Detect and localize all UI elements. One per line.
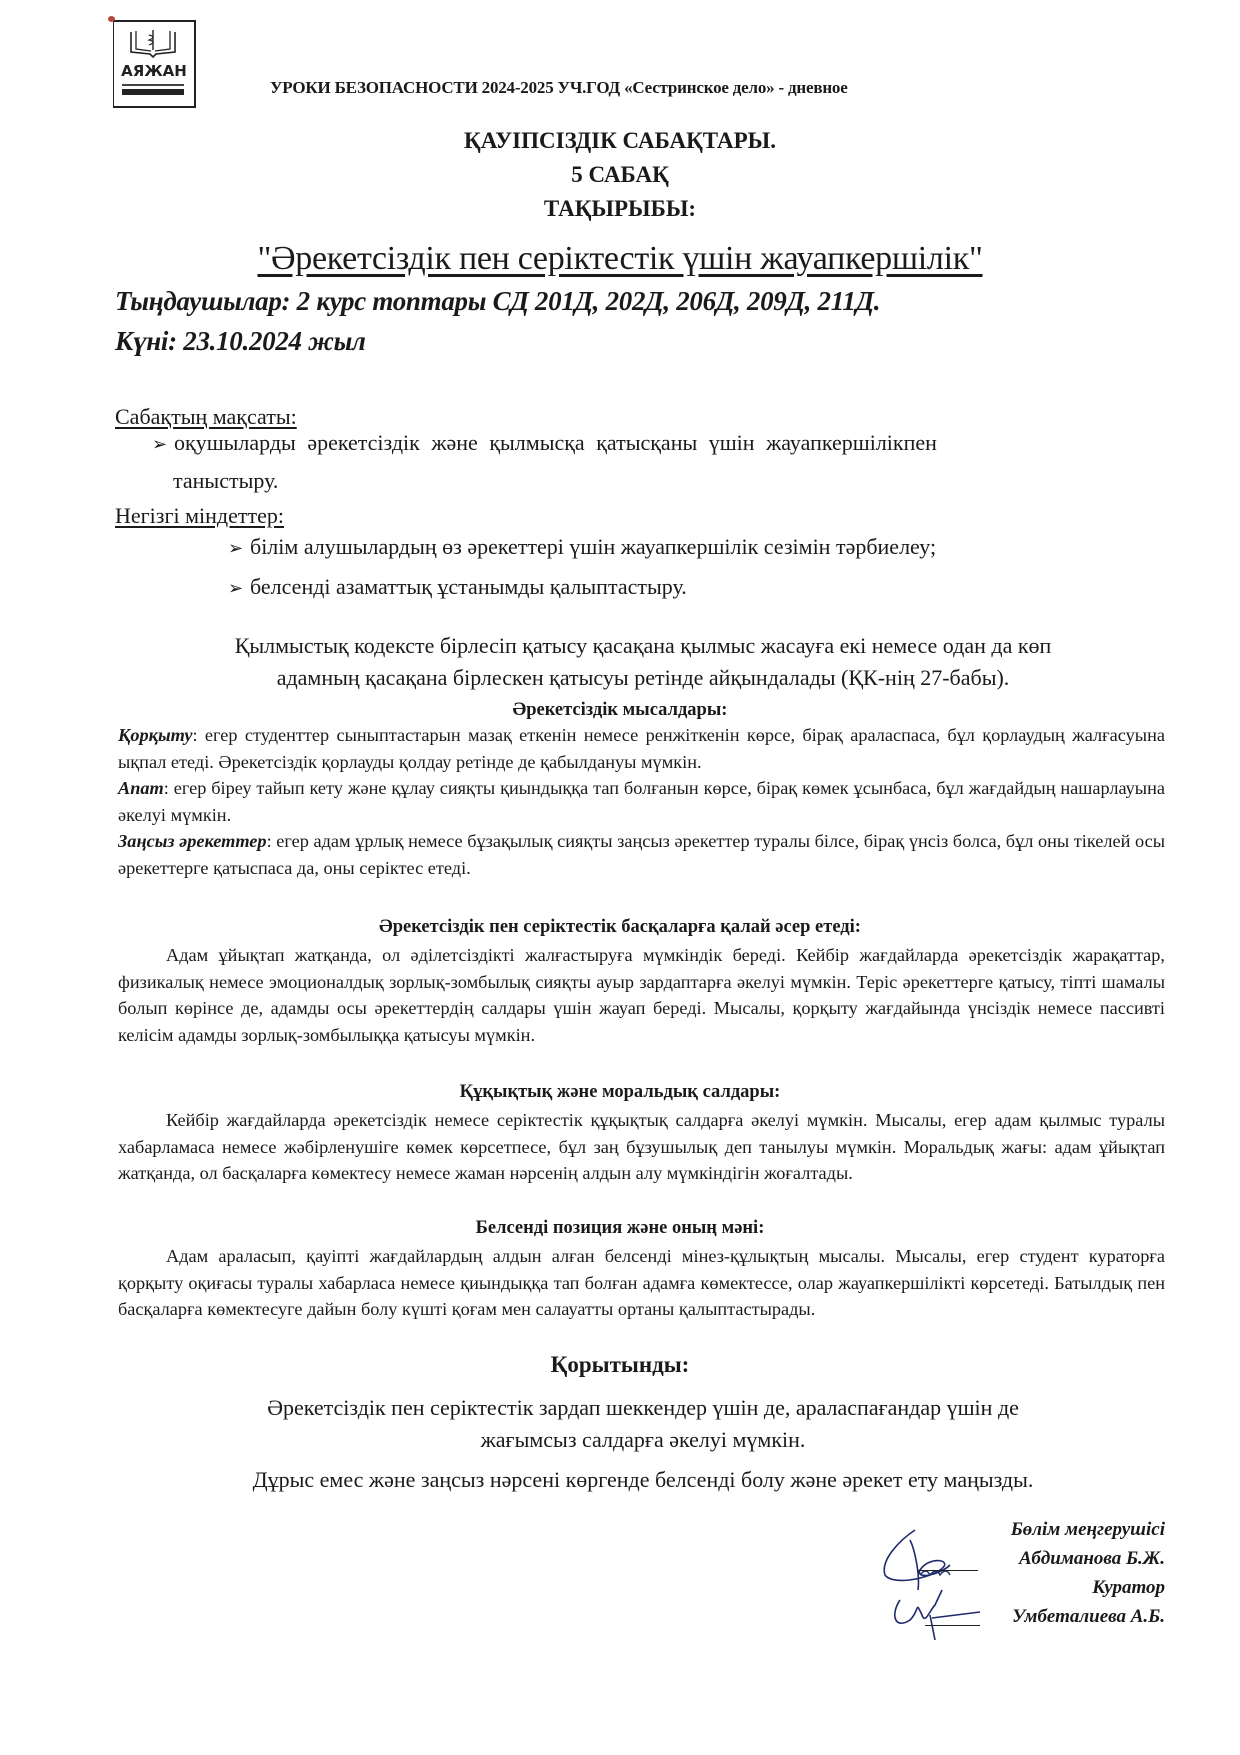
example-bullying: Қорқыту: егер студенттер сыныптастарын м…: [118, 722, 1165, 775]
example-text: : егер студенттер сыныптастарын мазақ ет…: [118, 725, 1165, 772]
examples-list: Қорқыту: егер студенттер сыныптастарын м…: [118, 722, 1165, 881]
conclusion-line-2: жағымсыз салдарға әкелуі мүмкін.: [118, 1424, 1168, 1456]
signatory-name-curator: Умбеталиева А.Б.: [1011, 1602, 1165, 1631]
logo-mark-dot: [108, 16, 115, 22]
audience-line: Тыңдаушылар: 2 курс топтары СД 201Д, 202…: [115, 286, 880, 317]
goal-text: оқушыларды әрекетсіздік және қылмысқа қа…: [174, 430, 937, 455]
example-text: : егер біреу тайып кету және құлау сияқт…: [118, 778, 1165, 825]
intro-line-2: адамның қасақана бірлескен қатысуы ретін…: [118, 662, 1168, 694]
title-line-1: ҚАУІПСІЗДІК САБАҚТАРЫ.: [0, 128, 1240, 154]
date-line: Күні: 23.10.2024 жыл: [115, 326, 366, 357]
example-lead: Қорқыту: [118, 725, 193, 745]
college-logo: АЯЖАН: [113, 20, 196, 108]
task-text: белсенді азаматтық ұстанымды қалыптастыр…: [250, 574, 687, 599]
example-lead: Апат: [118, 778, 164, 798]
document-page: АЯЖАН УРОКИ БЕЗОПАСНОСТИ 2024-2025 УЧ.ГО…: [0, 0, 1240, 1755]
goal-item-continuation: таныстыру.: [173, 468, 278, 494]
consequences-paragraph: Кейбір жағдайларда әрекетсіздік немесе с…: [118, 1107, 1165, 1187]
signature-line-2: [925, 1625, 980, 1626]
task-item-2: ➢белсенді азаматтық ұстанымды қалыптасты…: [228, 574, 687, 600]
impact-text: Адам ұйықтап жатқанда, ол әділетсіздікті…: [118, 942, 1165, 1048]
arrow-bullet-icon: ➢: [228, 538, 250, 559]
arrow-bullet-icon: ➢: [228, 578, 250, 599]
logo-subline: [122, 84, 184, 86]
signatory-name-head: Абдиманова Б.Ж.: [1011, 1544, 1165, 1573]
active-position-text: Адам араласып, қауіпті жағдайлардың алды…: [118, 1243, 1165, 1323]
tasks-heading: Негізгі міндеттер:: [115, 503, 284, 529]
examples-heading: Әрекетсіздік мысалдары:: [0, 700, 1240, 721]
impact-heading: Әрекетсіздік пен серіктестік басқаларға …: [0, 917, 1240, 938]
consequences-text: Кейбір жағдайларда әрекетсіздік немесе с…: [118, 1107, 1165, 1187]
goal-item: ➢оқушыларды әрекетсіздік және қылмысқа қ…: [152, 430, 1152, 456]
signature-line-1: [918, 1570, 978, 1571]
active-position-paragraph: Адам араласып, қауіпті жағдайлардың алды…: [118, 1243, 1165, 1323]
signatory-role-head: Бөлім меңгерушісі: [1011, 1515, 1165, 1544]
example-accident: Апат: егер біреу тайып кету және құлау с…: [118, 775, 1165, 828]
active-position-heading: Белсенді позиция және оның мәні:: [0, 1218, 1240, 1239]
goal-heading: Сабақтың мақсаты:: [115, 404, 297, 430]
impact-paragraph: Адам ұйықтап жатқанда, ол әділетсіздікті…: [118, 942, 1165, 1048]
intro-paragraph: Қылмыстық кодексте бірлесіп қатысу қасақ…: [118, 630, 1168, 694]
conclusion-heading: Қорытынды:: [0, 1352, 1240, 1378]
task-item-1: ➢білім алушылардың өз әрекеттері үшін жа…: [228, 534, 936, 560]
lesson-topic: "Әрекетсіздік пен серіктестік үшін жауап…: [0, 240, 1240, 278]
intro-line-1: Қылмыстық кодексте бірлесіп қатысу қасақ…: [118, 630, 1168, 662]
conclusion-line-1: Әрекетсіздік пен серіктестік зардап шекк…: [118, 1392, 1168, 1424]
conclusion-paragraph: Әрекетсіздік пен серіктестік зардап шекк…: [118, 1392, 1168, 1496]
arrow-bullet-icon: ➢: [152, 434, 174, 455]
task-text: білім алушылардың өз әрекеттері үшін жау…: [250, 534, 936, 559]
example-lead: Заңсыз әрекеттер: [118, 831, 267, 851]
signature-scribbles: [870, 1520, 1000, 1650]
logo-brand-text: АЯЖАН: [116, 62, 192, 80]
title-line-3: ТАҚЫРЫБЫ:: [0, 196, 1240, 222]
consequences-heading: Құқықтық және моральдық салдары:: [0, 1082, 1240, 1103]
signature-block: Бөлім меңгерушісі Абдиманова Б.Ж. Курато…: [1011, 1515, 1165, 1631]
logo-subline-band: [122, 89, 184, 95]
conclusion-line-3: Дұрыс емес және заңсыз нәрсені көргенде …: [118, 1464, 1168, 1496]
document-header: УРОКИ БЕЗОПАСНОСТИ 2024-2025 УЧ.ГОД «Сес…: [270, 78, 848, 98]
example-text: : егер адам ұрлық немесе бұзақылық сияқт…: [118, 831, 1165, 878]
title-line-2: 5 САБАҚ: [0, 162, 1240, 188]
signatory-role-curator: Куратор: [1011, 1573, 1165, 1602]
book-caduceus-icon: [128, 28, 178, 58]
example-illegal-actions: Заңсыз әрекеттер: егер адам ұрлық немесе…: [118, 828, 1165, 881]
